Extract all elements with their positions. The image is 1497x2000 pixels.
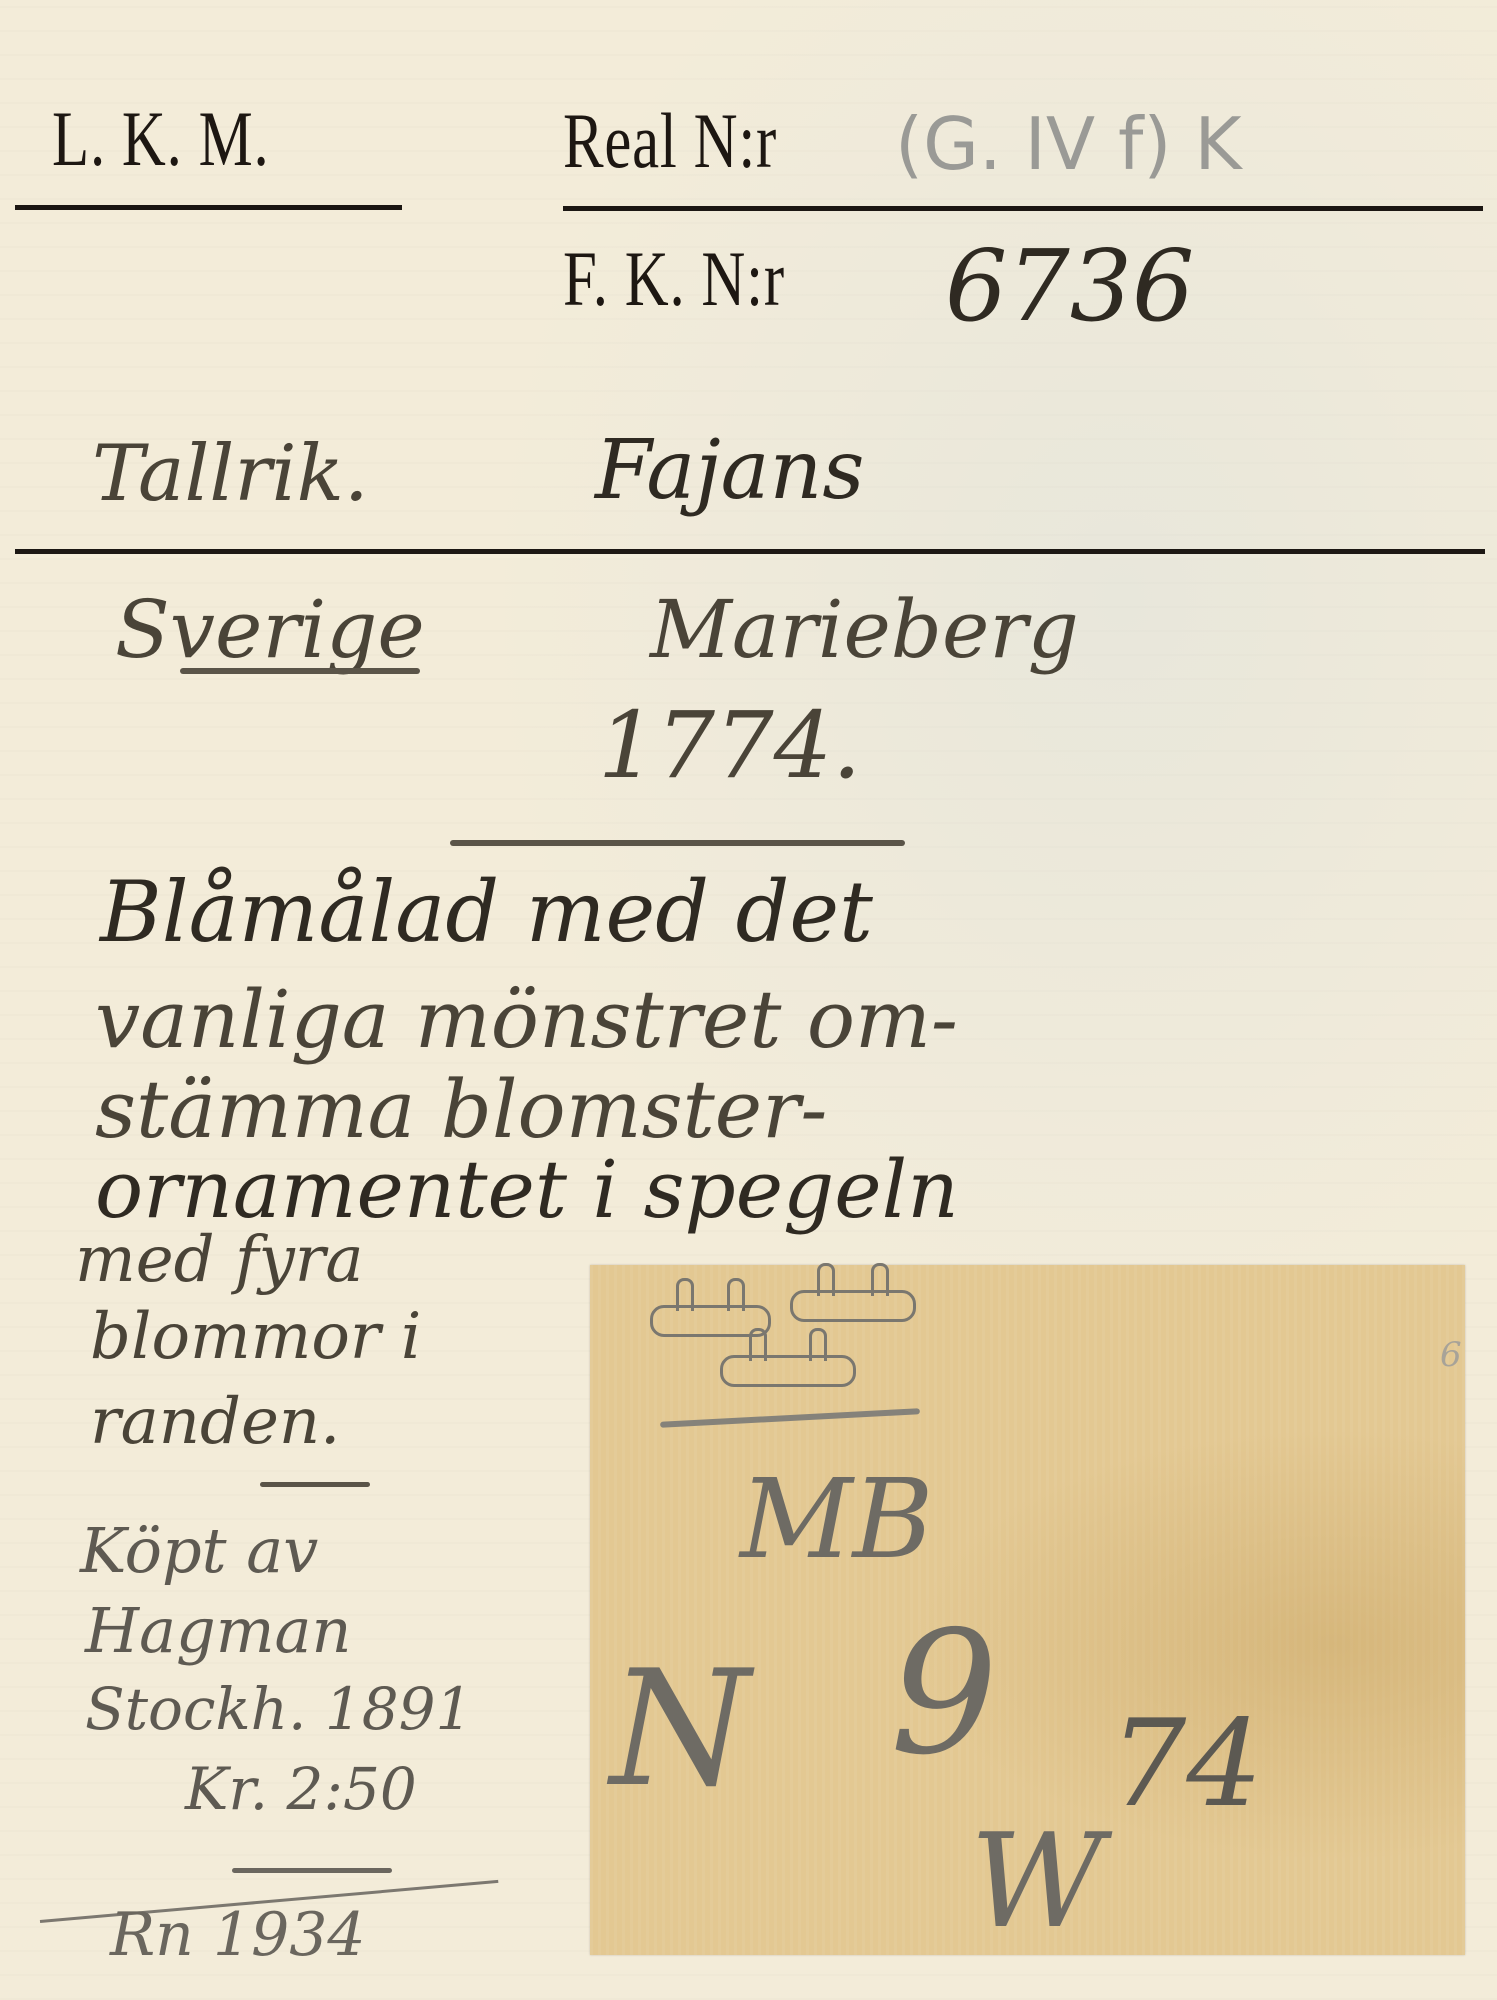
header-rule-left [15, 205, 402, 210]
price-underline [232, 1868, 392, 1873]
crown-icon-right [790, 1290, 916, 1322]
pasted-mark-sketch: MB N 9 74 W 6 [590, 1265, 1465, 1955]
description-line-5: med fyra [75, 1228, 363, 1292]
object-year: 1774. [598, 700, 861, 792]
description-line-1: Blåmålad med det [100, 870, 873, 954]
fk-number-value: 6736 [945, 238, 1194, 336]
description-line-3: stämma blomster- [95, 1070, 827, 1150]
institution-label: L. K. M. [52, 100, 269, 178]
object-type: Tallrik. [92, 435, 369, 513]
mark-right: 74 [1110, 1695, 1263, 1834]
real-number-label: Real N:r [563, 102, 777, 180]
acquisition-line-4: Kr. 2:50 [185, 1760, 417, 1818]
sketch-divider [660, 1408, 920, 1428]
year-separator [450, 840, 905, 846]
header-rule-right [563, 206, 1483, 211]
edge-mark: 6 [1440, 1335, 1462, 1375]
mark-middle: 9 [890, 1595, 998, 1793]
fk-number-label: F. K. N:r [563, 240, 785, 318]
description-line-2: vanliga mönstret om- [95, 980, 958, 1060]
monogram: MB [740, 1455, 933, 1583]
acquisition-line-1: Köpt av [80, 1520, 318, 1582]
mark-left: N [610, 1635, 750, 1822]
revision-note: Rn 1934 [110, 1905, 366, 1965]
description-line-4: ornamentet i spegeln [95, 1150, 959, 1230]
section-separator [260, 1482, 370, 1487]
title-rule [15, 549, 1485, 554]
object-country: Sverige [115, 590, 425, 670]
object-material: Fajans [595, 430, 864, 512]
real-number-value: (G. IV f) K [895, 108, 1242, 180]
country-underline [180, 668, 420, 674]
acquisition-line-3: Stockh. 1891 [85, 1680, 472, 1738]
description-line-6: blommor i [90, 1305, 421, 1369]
description-line-7: randen. [90, 1390, 340, 1454]
acquisition-line-2: Hagman [85, 1600, 351, 1662]
mark-bottom: W [970, 1805, 1104, 1957]
crown-icon-bottom [720, 1355, 856, 1387]
object-maker: Marieberg [650, 590, 1079, 670]
